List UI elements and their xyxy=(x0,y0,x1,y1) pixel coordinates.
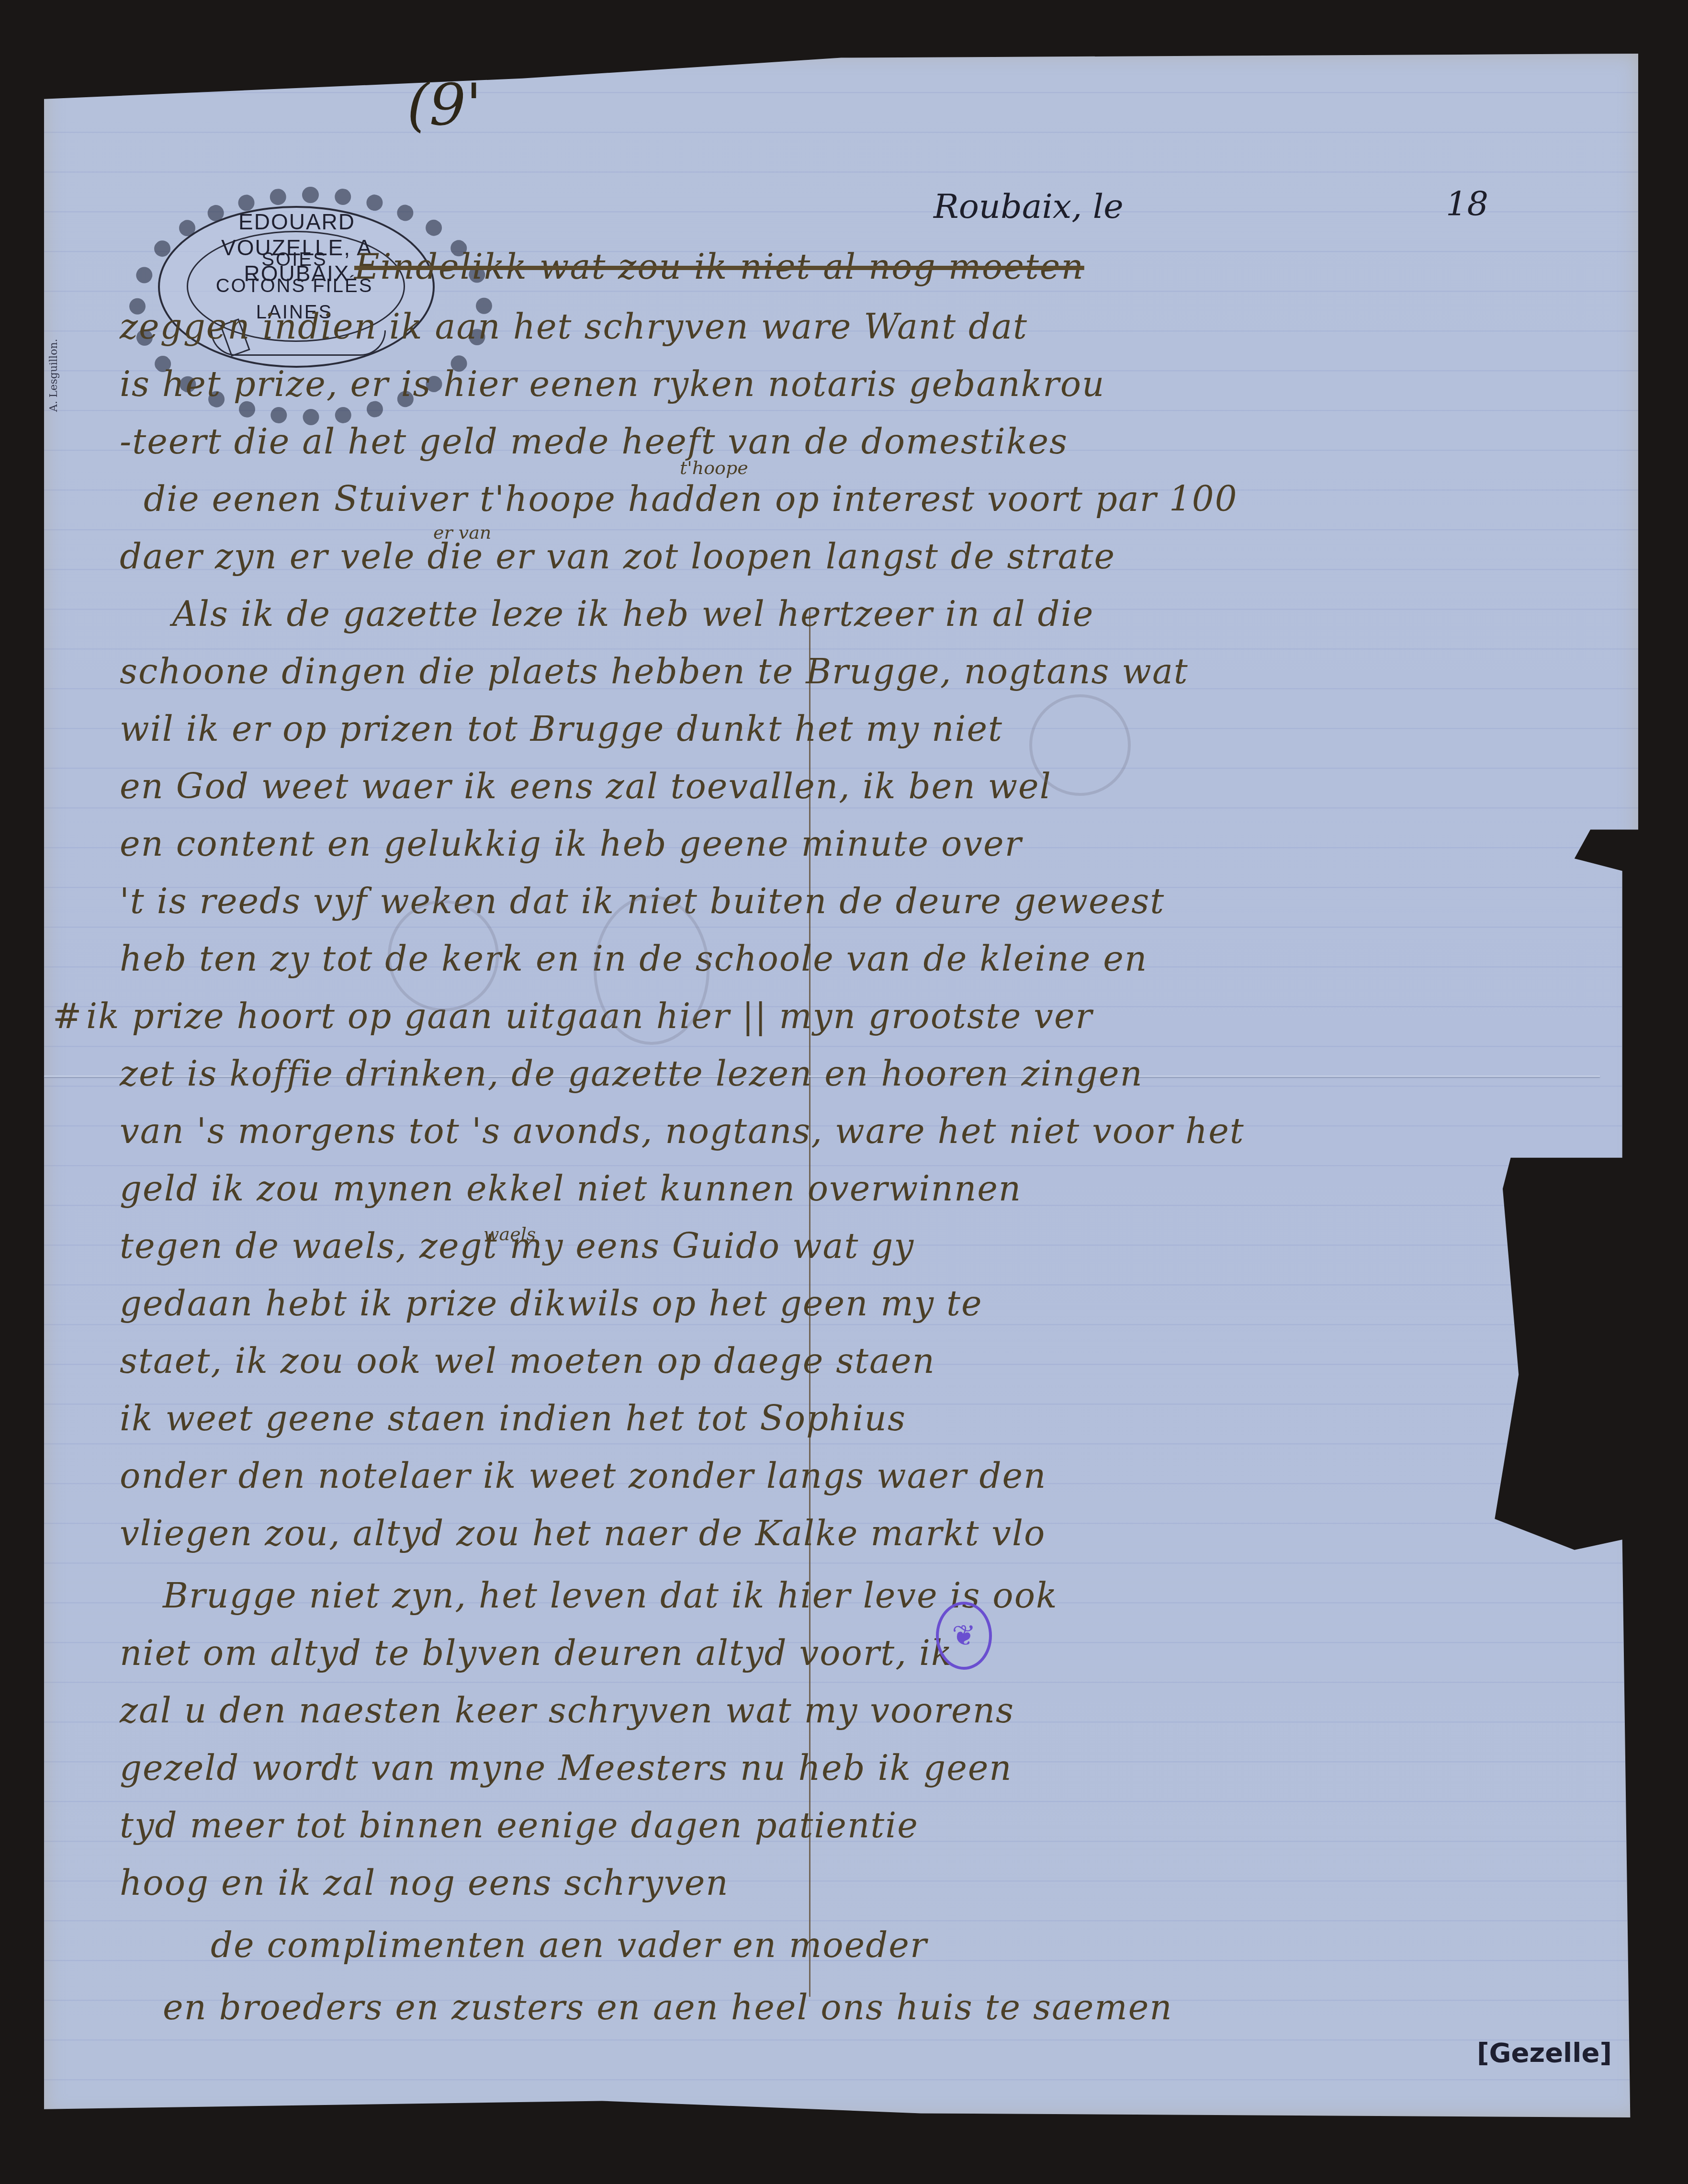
body-line-5: die eenen Stuiver t'hoope hadden op inte… xyxy=(144,479,1688,519)
dateline-place: Roubaix, le xyxy=(934,187,1124,226)
body-line-10: en God weet waer ik eens zal toevallen, … xyxy=(120,766,1688,806)
margin-hash-mark: # xyxy=(53,996,81,1036)
folio-number: (9' xyxy=(407,72,482,138)
insertion-thoope: t'hoope xyxy=(680,457,748,478)
faded-postmark-left xyxy=(388,900,499,1011)
body-line-7: Als ik de gazette leze ik heb wel hertze… xyxy=(172,594,1688,634)
library-stamp-icon: ❦ xyxy=(936,1602,992,1670)
body-line-29: hoog en ik zal nog eens schryven xyxy=(120,1863,1688,1903)
archive-annotation: [Gezelle] xyxy=(1477,2037,1612,2069)
body-line-21: ik weet geene staen indien het tot Sophi… xyxy=(120,1398,1688,1438)
body-line-4: -teert die al het geld mede heeft van de… xyxy=(120,421,1688,462)
body-line-3: is het prize, er is hier eenen ryken not… xyxy=(120,364,1688,404)
body-line-18: tegen de waels, zegt my eens Guido wat g… xyxy=(120,1226,1688,1266)
body-line-31: en broeders en zusters en aen heel ons h… xyxy=(163,1987,1688,2027)
body-line-20: staet, ik zou ook wel moeten op daege st… xyxy=(120,1341,1688,1381)
body-line-15: zet is koffie drinken, de gazette lezen … xyxy=(120,1053,1688,1094)
body-line-2: zeggen indien ik aan het schryven ware W… xyxy=(120,306,1688,347)
body-line-6: daer zyn er vele die er van zot loopen l… xyxy=(120,536,1688,577)
body-line-1: Eindelikk wat zou ik niet al nog moeten xyxy=(354,247,1688,287)
body-line-25: niet om altyd te blyven deuren altyd voo… xyxy=(120,1633,1688,1673)
dateline-year: 18 xyxy=(1446,184,1488,224)
body-line-22: onder den notelaer ik weet zonder langs … xyxy=(120,1456,1688,1496)
body-line-16: van 's morgens tot 's avonds, nogtans, w… xyxy=(120,1111,1688,1151)
body-line-24: Brugge niet zyn, het leven dat ik hier l… xyxy=(163,1575,1688,1616)
faded-postmark-right xyxy=(1029,694,1131,796)
body-line-23: vliegen zou, altyd zou het naer de Kalke… xyxy=(120,1513,1688,1553)
insertion-er-van: er van xyxy=(433,522,491,543)
body-line-28: tyd meer tot binnen eenige dagen patient… xyxy=(120,1805,1688,1845)
body-line-12: 't is reeds vyf weken dat ik niet buiten… xyxy=(120,881,1688,921)
body-line-19: gedaan hebt ik prize dikwils op het geen… xyxy=(120,1283,1688,1324)
letterhead: EDOUARD VOUZELLE, A ROUBAIX SOIES COTONS… xyxy=(129,187,460,393)
printer-credit: A. Lesguillon. xyxy=(48,339,60,412)
body-line-9: wil ik er op prizen tot Brugge dunkt het… xyxy=(120,709,1688,749)
faded-postmark-center xyxy=(594,895,709,1045)
body-line-11: en content en gelukkig ik heb geene minu… xyxy=(120,824,1688,864)
body-line-13: heb ten zy tot de kerk en in de schoole … xyxy=(120,939,1688,979)
body-line-17: geld ik zou mynen ekkel niet kunnen over… xyxy=(120,1168,1688,1209)
body-line-14: ik prize hoort op gaan uitgaan hier || m… xyxy=(86,996,1688,1036)
body-line-27: gezeld wordt van myne Meesters nu heb ik… xyxy=(120,1748,1688,1788)
body-line-30: de complimenten aen vader en moeder xyxy=(211,1925,1688,1965)
body-line-8: schoone dingen die plaets hebben te Brug… xyxy=(120,651,1688,691)
body-line-26: zal u den naesten keer schryven wat my v… xyxy=(120,1690,1688,1731)
insertion-waels: waels xyxy=(484,1223,536,1245)
